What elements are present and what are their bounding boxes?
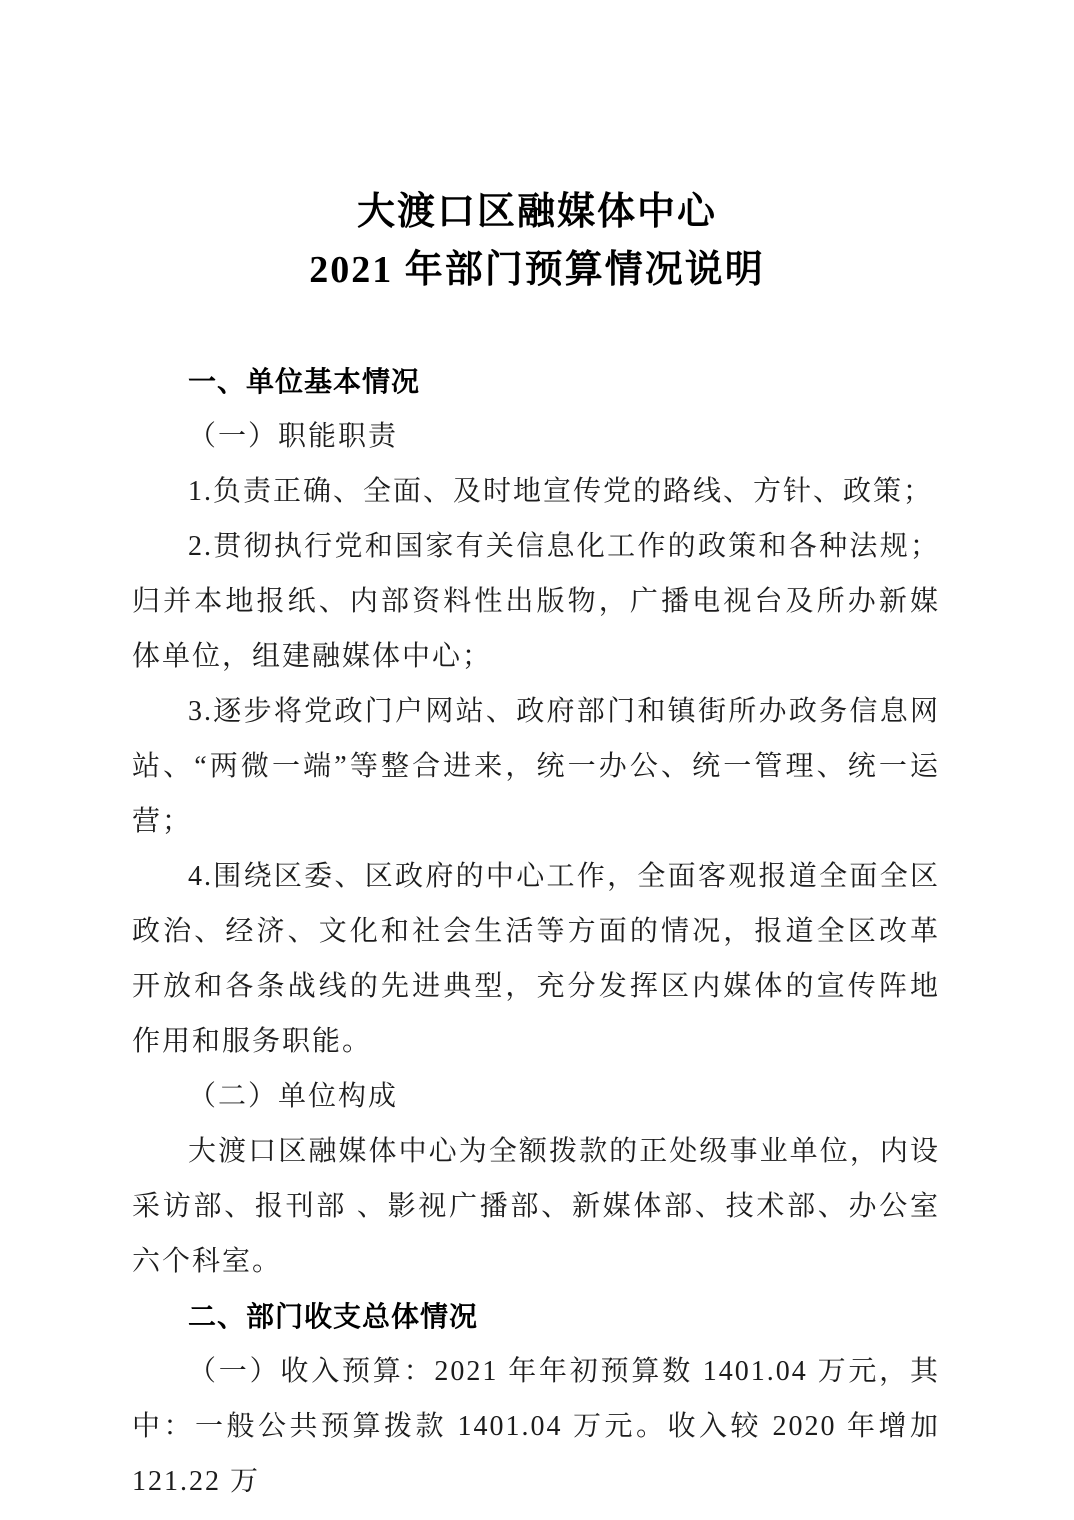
section-heading: 二、部门收支总体情况 <box>132 1289 940 1344</box>
document-page: 大渡口区融媒体中心 2021 年部门预算情况说明 一、单位基本情况（一）职能职责… <box>0 0 1074 1520</box>
document-title: 大渡口区融媒体中心 2021 年部门预算情况说明 <box>0 0 1074 299</box>
document-paragraph: 2.贯彻执行党和国家有关信息化工作的政策和各种法规；归并本地报纸、内部资料性出版… <box>132 519 940 684</box>
section-heading: 一、单位基本情况 <box>132 354 940 409</box>
document-body: 一、单位基本情况（一）职能职责1.负责正确、全面、及时地宣传党的路线、方针、政策… <box>132 354 940 1509</box>
document-paragraph: 3.逐步将党政门户网站、政府部门和镇街所办政务信息网站、“两微一端”等整合进来，… <box>132 684 940 849</box>
document-paragraph: 1.负责正确、全面、及时地宣传党的路线、方针、政策； <box>132 464 940 519</box>
document-paragraph: （一）职能职责 <box>132 409 940 464</box>
document-title-line-1: 大渡口区融媒体中心 <box>0 183 1074 241</box>
document-paragraph: （一）收入预算：2021 年年初预算数 1401.04 万元，其中：一般公共预算… <box>132 1344 940 1509</box>
document-title-line-2: 2021 年部门预算情况说明 <box>0 241 1074 299</box>
document-paragraph: 大渡口区融媒体中心为全额拨款的正处级事业单位，内设采访部、报刊部 、影视广播部、… <box>132 1124 940 1289</box>
document-paragraph: 4.围绕区委、区政府的中心工作，全面客观报道全面全区政治、经济、文化和社会生活等… <box>132 849 940 1069</box>
document-paragraph: （二）单位构成 <box>132 1069 940 1124</box>
